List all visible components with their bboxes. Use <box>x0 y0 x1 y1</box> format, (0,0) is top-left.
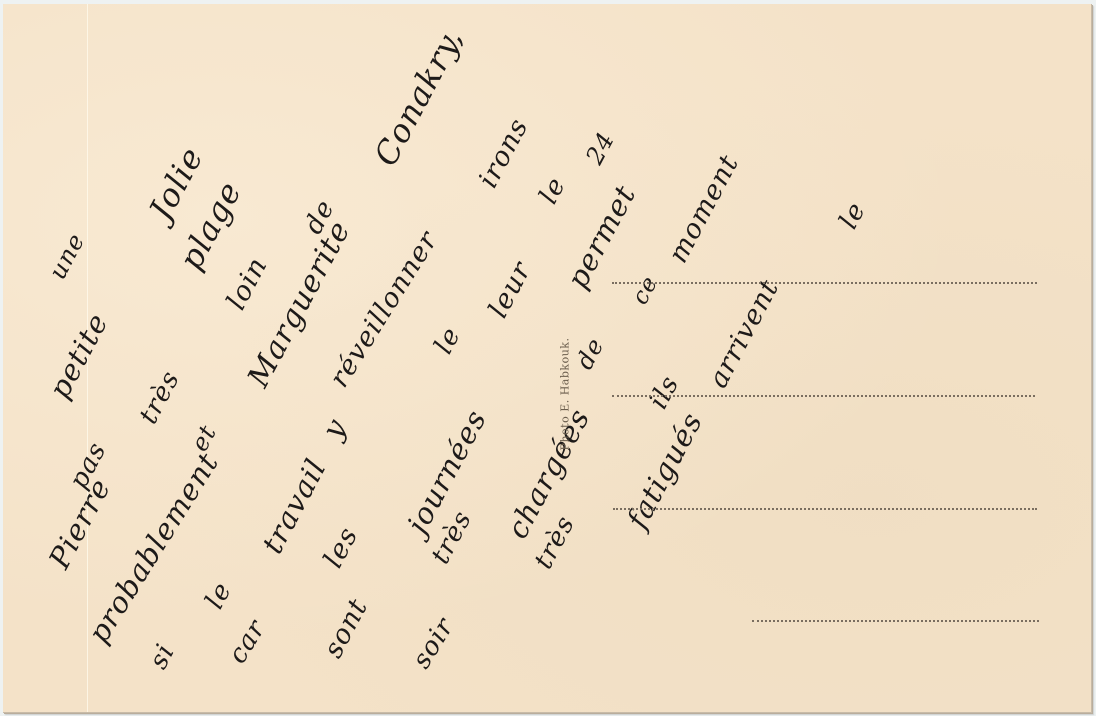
handwritten-word: le <box>200 577 239 614</box>
handwritten-word: 24 <box>580 127 620 169</box>
handwritten-word: Pierre <box>42 473 117 574</box>
handwritten-word: loin <box>221 252 274 315</box>
handwritten-word: les <box>318 522 365 573</box>
handwritten-word: le <box>834 197 873 234</box>
handwritten-word: petite <box>42 307 115 404</box>
address-line-3 <box>613 508 1037 510</box>
handwritten-word: de <box>570 333 610 374</box>
handwritten-word: sont <box>318 593 375 663</box>
handwritten-word: arrivent <box>703 274 786 393</box>
handwritten-word: Conakry, <box>366 22 470 172</box>
handwritten-word: soir <box>407 613 461 674</box>
handwritten-word: le <box>534 172 573 209</box>
handwritten-word: car <box>223 615 273 669</box>
handwritten-word: irons <box>473 113 535 193</box>
handwritten-word: si <box>144 639 182 674</box>
handwritten-word: très <box>134 366 187 429</box>
handwritten-word: fatigués <box>620 407 709 534</box>
address-line-1 <box>612 282 1037 284</box>
handwritten-word: moment <box>663 150 746 268</box>
handwritten-word: travail <box>255 453 333 559</box>
handwritten-word: y <box>315 413 353 444</box>
handwritten-word: leur <box>483 256 538 323</box>
handwritten-word: le <box>429 322 468 359</box>
photo-credit: Photo E. Habkouk. <box>559 338 572 451</box>
handwritten-word: ce <box>627 272 663 309</box>
handwritten-word: probablement <box>81 446 225 649</box>
handwritten-word: permet <box>560 179 643 294</box>
address-line-4 <box>752 620 1039 622</box>
address-line-2 <box>612 395 1035 397</box>
handwritten-word: une <box>43 228 90 284</box>
postcard-back: uneJoliepetiteplagepastrèsloindeConakry,… <box>3 4 1092 713</box>
